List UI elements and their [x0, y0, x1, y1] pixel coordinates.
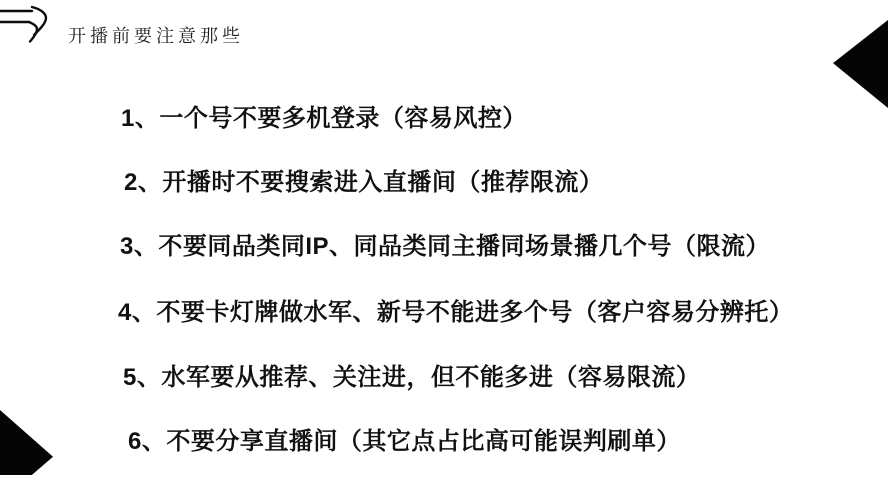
decor-triangle-right-icon	[833, 20, 888, 108]
list-item: 4、不要卡灯牌做水军、新号不能进多个号（客户容易分辨托）	[118, 292, 793, 327]
list-item: 5、水军要从推荐、关注进，但不能多进（容易限流）	[123, 357, 700, 392]
double-arrow-right-icon	[0, 3, 52, 45]
page-title: 开播前要注意那些	[68, 22, 244, 48]
presentation-slide: 开播前要注意那些 1、一个号不要多机登录（容易风控） 2、开播时不要搜索进入直播…	[0, 0, 888, 500]
list-item: 1、一个号不要多机登录（容易风控）	[121, 98, 527, 133]
list-item: 2、开播时不要搜索进入直播间（推荐限流）	[124, 162, 603, 197]
list-item: 6、不要分享直播间（其它点占比高可能误判刷单）	[128, 421, 681, 456]
decor-triangle-bottom-left-icon	[0, 410, 53, 475]
list-item: 3、不要同品类同IP、同品类同主播同场景播几个号（限流）	[120, 226, 770, 261]
